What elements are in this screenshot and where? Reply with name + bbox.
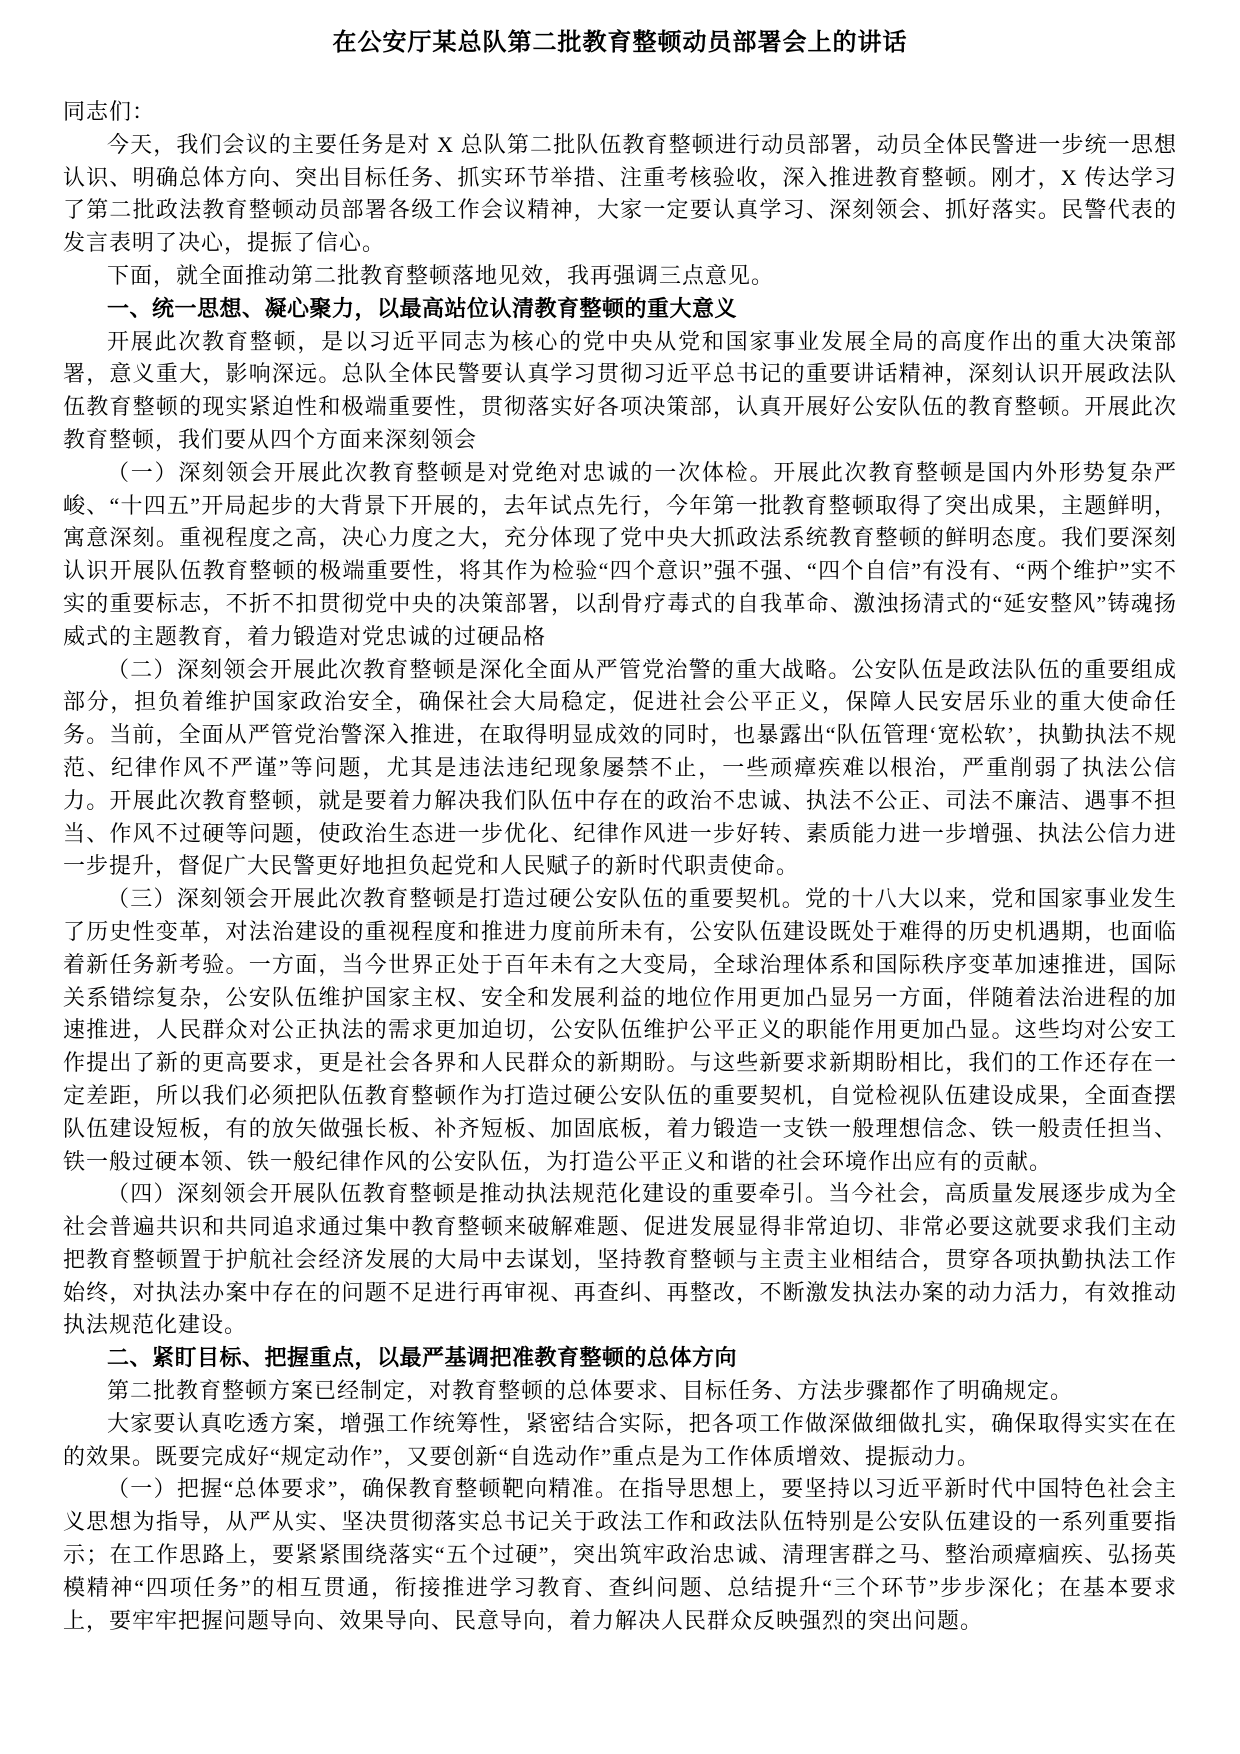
heading-section-2: 二、紧盯目标、把握重点，以最严基调把准教育整顿的总体方向 — [63, 1342, 1177, 1375]
paragraph-point-1-2: （二）深刻领会开展此次教育整顿是深化全面从严管党治警的重大战略。公安队伍是政法队… — [63, 654, 1177, 884]
heading-section-1: 一、统一思想、凝心聚力，以最高站位认清教育整顿的重大意义 — [63, 293, 1177, 326]
paragraph-section1-intro: 开展此次教育整顿，是以习近平同志为核心的党中央从党和国家事业发展全局的高度作出的… — [63, 326, 1177, 457]
page-title: 在公安厅某总队第二批教育整顿动员部署会上的讲话 — [63, 26, 1177, 60]
paragraph-section2-plan: 大家要认真吃透方案，增强工作统筹性，紧密结合实际，把各项工作做深做细做扎实，确保… — [63, 1408, 1177, 1474]
salutation: 同志们： — [63, 96, 1177, 129]
paragraph-point-1-3: （三）深刻领会开展此次教育整顿是打造过硬公安队伍的重要契机。党的十八大以来，党和… — [63, 883, 1177, 1178]
paragraph-point-1-4: （四）深刻领会开展队伍教育整顿是推动执法规范化建设的重要牵引。当今社会，高质量发… — [63, 1178, 1177, 1342]
paragraph-opening: 今天，我们会议的主要任务是对 X 总队第二批队伍教育整顿进行动员部署，动员全体民… — [63, 129, 1177, 260]
document-page: 在公安厅某总队第二批教育整顿动员部署会上的讲话 同志们： 今天，我们会议的主要任… — [0, 0, 1240, 1754]
paragraph-point-1-1: （一）深刻领会开展此次教育整顿是对党绝对忠诚的一次体检。开展此次教育整顿是国内外… — [63, 457, 1177, 654]
document-body: 同志们： 今天，我们会议的主要任务是对 X 总队第二批队伍教育整顿进行动员部署，… — [63, 96, 1177, 1637]
paragraph-point-2-1: （一）把握“总体要求”，确保教育整顿靶向精准。在指导思想上，要坚持以习近平新时代… — [63, 1473, 1177, 1637]
paragraph-transition: 下面，就全面推动第二批教育整顿落地见效，我再强调三点意见。 — [63, 260, 1177, 293]
paragraph-section2-intro: 第二批教育整顿方案已经制定，对教育整顿的总体要求、目标任务、方法步骤都作了明确规… — [63, 1375, 1177, 1408]
